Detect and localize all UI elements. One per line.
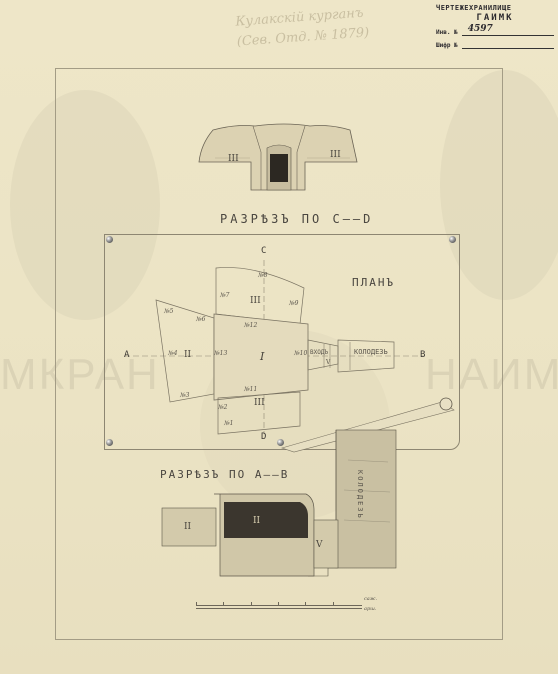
plan-room-iii-top: III [250,296,261,306]
stamp-inventory-value: 4597 [462,24,554,36]
scale-tick [333,602,334,606]
stamp-shelf-label: Шифр № [436,42,458,49]
section-c-d-title: РАЗРѢЗЪ ПО С——D [220,212,373,226]
plan-room-i: I [260,350,264,363]
scale-tick [278,602,279,606]
plan-axis-label-a: А [124,350,129,360]
plan-niche-label: №9 [289,300,299,307]
section-c-d-room-left: III [228,154,239,164]
plan-axis-label-b: В [420,350,425,360]
plan-niche-label: №13 [214,350,227,357]
scale-tick [223,602,224,606]
stamp-shelf-row: Шифр № [436,37,554,49]
handwritten-note: Кулакскiй курганъ (Сев. Отд. № 1879) [235,0,427,53]
archive-stamp: ЧЕРТЕЖЕХРАНИЛИЩЕ ГАИМК Инв. № 4597 Шифр … [436,4,554,48]
archival-drawing-sheet: МКРАН НАИМ ЧЕРТЕЖЕХРАНИЛИЩЕ ГАИМК Инв. №… [0,0,558,674]
stamp-archive-line: ЧЕРТЕЖЕХРАНИЛИЩЕ [436,4,554,12]
plan-niche-label: №12 [244,322,257,329]
plan-well-label: КОЛОДЕЗЬ [354,348,388,356]
plan-niche-label: №2 [218,404,228,411]
plan-niche-label: №6 [196,316,206,323]
section-a-b-drawing [158,420,418,580]
plan-niche-label: №5 [164,308,174,315]
section-a-b-room-left: II [184,522,191,532]
plan-niche-label: №4 [168,350,178,357]
scale-bar [196,605,362,609]
scale-sub-unit-label: арш. [364,606,377,612]
plan-niche-label: №7 [220,292,230,299]
section-a-b-well-label: КОЛОДЕЗЬ [356,470,364,520]
scale-tick [196,602,197,606]
plan-entrance-label: ВХОДЪ [310,349,328,356]
scale-tick [305,602,306,606]
stamp-inventory-row: Инв. № 4597 [436,24,554,36]
plan-axis-label-c: С [261,246,266,256]
plan-room-ii: II [184,350,191,360]
section-a-b-room-passage: V [316,540,323,550]
scale-unit-label: саж. [364,596,377,602]
section-a-b-room-center: II [253,516,260,526]
plan-title: ПЛАНЪ [352,276,395,289]
plan-niche-label: №10 [294,350,307,357]
stamp-shelf-value [462,37,554,49]
section-c-d-room-right: III [330,150,341,160]
plan-niche-label: №8 [258,272,268,279]
stamp-inventory-label: Инв. № [436,29,458,36]
scale-tick [251,602,252,606]
plan-niche-label: №11 [244,386,257,393]
plan-niche-label: №3 [180,392,190,399]
plan-room-iii-bottom: III [254,398,265,408]
stamp-institution: ГАИМК [436,13,554,23]
plan-entrance-numeral: V [326,359,330,366]
